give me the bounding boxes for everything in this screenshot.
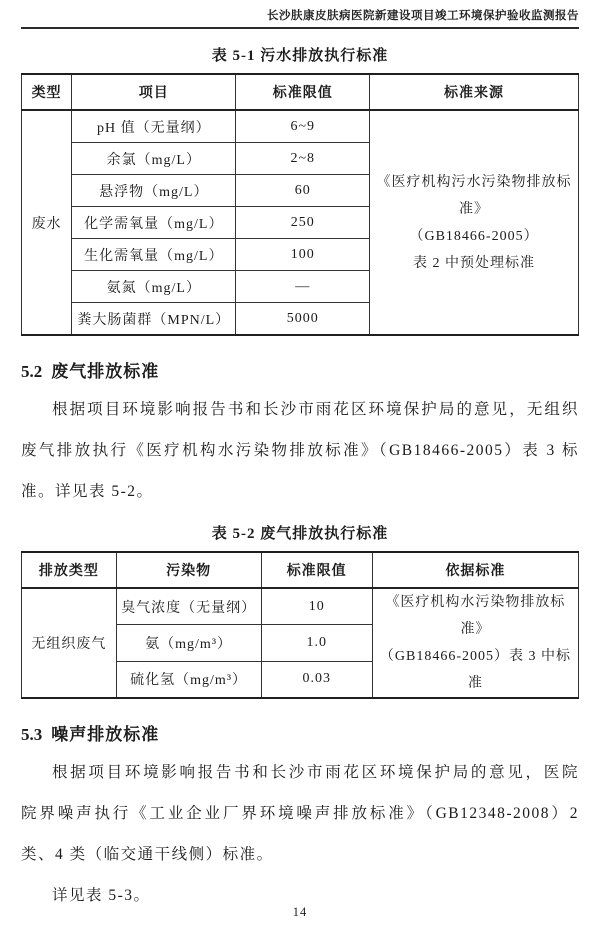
table1-title: 表 5-1 污水排放执行标准 (21, 44, 579, 65)
item-cell: 粪大肠菌群（MPN/L） (72, 303, 236, 336)
document-page: 长沙肤康皮肤病医院新建设项目竣工环境保护验收监测报告 表 5-1 污水排放执行标… (0, 0, 600, 933)
table-row: 无组织废气 臭气浓度（无量纲） 10 《医疗机构水污染物排放标准》 （GB184… (22, 588, 579, 625)
limit-cell: 1.0 (261, 625, 372, 661)
section-title: 噪声排放标准 (51, 725, 159, 744)
column-header-basis: 依据标准 (372, 552, 578, 588)
paragraph-line: 根据项目环境影响报告书和长沙市雨花区环境保护局的意见，医院 (21, 752, 579, 793)
paragraph-line: 废气排放执行《医疗机构水污染物排放标准》（GB18466-2005）表 3 标 (21, 430, 579, 471)
column-header-item: 项目 (72, 74, 236, 110)
section-title: 废气排放标准 (51, 362, 159, 381)
limit-cell: 10 (261, 588, 372, 625)
running-header: 长沙肤康皮肤病医院新建设项目竣工环境保护验收监测报告 (21, 4, 579, 29)
standard-source-cell: 《医疗机构污水污染物排放标准》 （GB18466-2005） 表 2 中预处理标… (370, 110, 579, 335)
item-cell: 余氯（mg/L） (72, 143, 236, 175)
paragraph-5-2: 根据项目环境影响报告书和长沙市雨花区环境保护局的意见，无组织 废气排放执行《医疗… (21, 389, 579, 512)
paragraph-line: 准。详见表 5-2。 (21, 471, 579, 512)
section-number: 5.2 (21, 362, 42, 381)
section-number: 5.3 (21, 725, 42, 744)
paragraph-line: 院界噪声执行《工业企业厂界环境噪声排放标准》（GB12348-2008）2 (21, 793, 579, 834)
row-group-label: 无组织废气 (22, 588, 117, 698)
item-cell: pH 值（无量纲） (72, 110, 236, 143)
column-header-limit: 标准限值 (236, 74, 370, 110)
item-cell: 氨（mg/m³） (116, 625, 261, 661)
column-header-source: 标准来源 (370, 74, 579, 110)
table-header-row: 类型 项目 标准限值 标准来源 (22, 74, 579, 110)
table-row: 废水 pH 值（无量纲） 6~9 《医疗机构污水污染物排放标准》 （GB1846… (22, 110, 579, 143)
limit-cell: 6~9 (236, 110, 370, 143)
paragraph-line: 类、4 类（临交通干线侧）标准。 (21, 834, 579, 875)
standard-basis-cell: 《医疗机构水污染物排放标准》 （GB18466-2005）表 3 中标准 (372, 588, 578, 698)
item-cell: 硫化氢（mg/m³） (116, 661, 261, 698)
source-line: 《医疗机构污水污染物排放标准》 (372, 169, 576, 223)
table2-title: 表 5-2 废气排放执行标准 (21, 522, 579, 543)
item-cell: 氨氮（mg/L） (72, 271, 236, 303)
limit-cell: — (236, 271, 370, 303)
basis-line: （GB18466-2005）表 3 中标准 (375, 643, 576, 697)
column-header-limit: 标准限值 (261, 552, 372, 588)
page-number: 14 (0, 905, 600, 920)
paragraph-5-3: 根据项目环境影响报告书和长沙市雨花区环境保护局的意见，医院 院界噪声执行《工业企… (21, 752, 579, 916)
limit-cell: 0.03 (261, 661, 372, 698)
limit-cell: 60 (236, 175, 370, 207)
column-header-type: 类型 (22, 74, 72, 110)
limit-cell: 100 (236, 239, 370, 271)
limit-cell: 5000 (236, 303, 370, 336)
item-cell: 生化需氧量（mg/L） (72, 239, 236, 271)
paragraph-line: 根据项目环境影响报告书和长沙市雨花区环境保护局的意见，无组织 (21, 389, 579, 430)
table-header-row: 排放类型 污染物 标准限值 依据标准 (22, 552, 579, 588)
table-exhaust-gas-standards: 排放类型 污染物 标准限值 依据标准 无组织废气 臭气浓度（无量纲） 10 《医… (21, 551, 579, 699)
item-cell: 臭气浓度（无量纲） (116, 588, 261, 625)
source-line: 表 2 中预处理标准 (372, 250, 576, 277)
limit-cell: 250 (236, 207, 370, 239)
section-heading-5-3: 5.3噪声排放标准 (21, 720, 579, 745)
table-wastewater-standards: 类型 项目 标准限值 标准来源 废水 pH 值（无量纲） 6~9 《医疗机构污水… (21, 73, 579, 336)
row-group-label: 废水 (22, 110, 72, 335)
section-heading-5-2: 5.2废气排放标准 (21, 357, 579, 382)
item-cell: 化学需氧量（mg/L） (72, 207, 236, 239)
basis-line: 《医疗机构水污染物排放标准》 (375, 589, 576, 643)
column-header-discharge-type: 排放类型 (22, 552, 117, 588)
limit-cell: 2~8 (236, 143, 370, 175)
source-line: （GB18466-2005） (372, 223, 576, 250)
column-header-pollutant: 污染物 (116, 552, 261, 588)
item-cell: 悬浮物（mg/L） (72, 175, 236, 207)
